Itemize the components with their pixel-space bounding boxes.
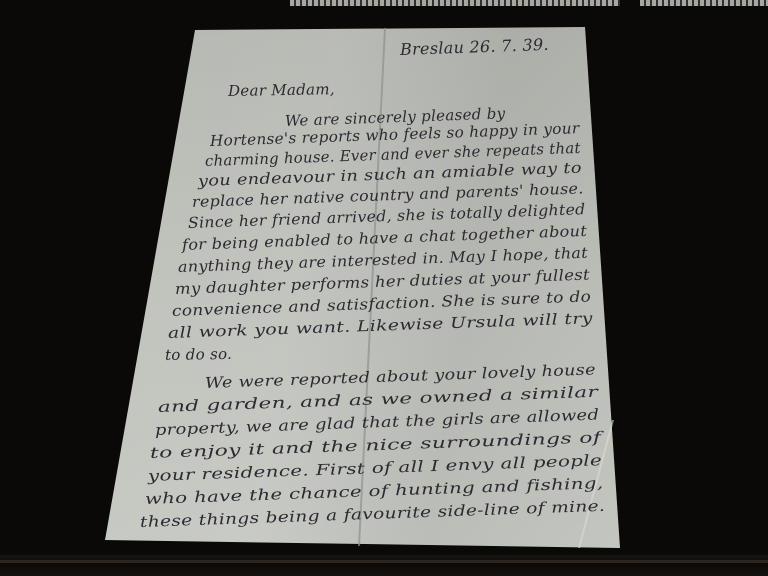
letter-date: Breslau 26. 7. 39. [400, 35, 549, 59]
handwritten-letter: Breslau 26. 7. 39. Dear Madam, We are si… [0, 0, 768, 576]
letter-salutation: Dear Madam, [228, 80, 335, 100]
letter-line: to do so. [165, 345, 232, 364]
